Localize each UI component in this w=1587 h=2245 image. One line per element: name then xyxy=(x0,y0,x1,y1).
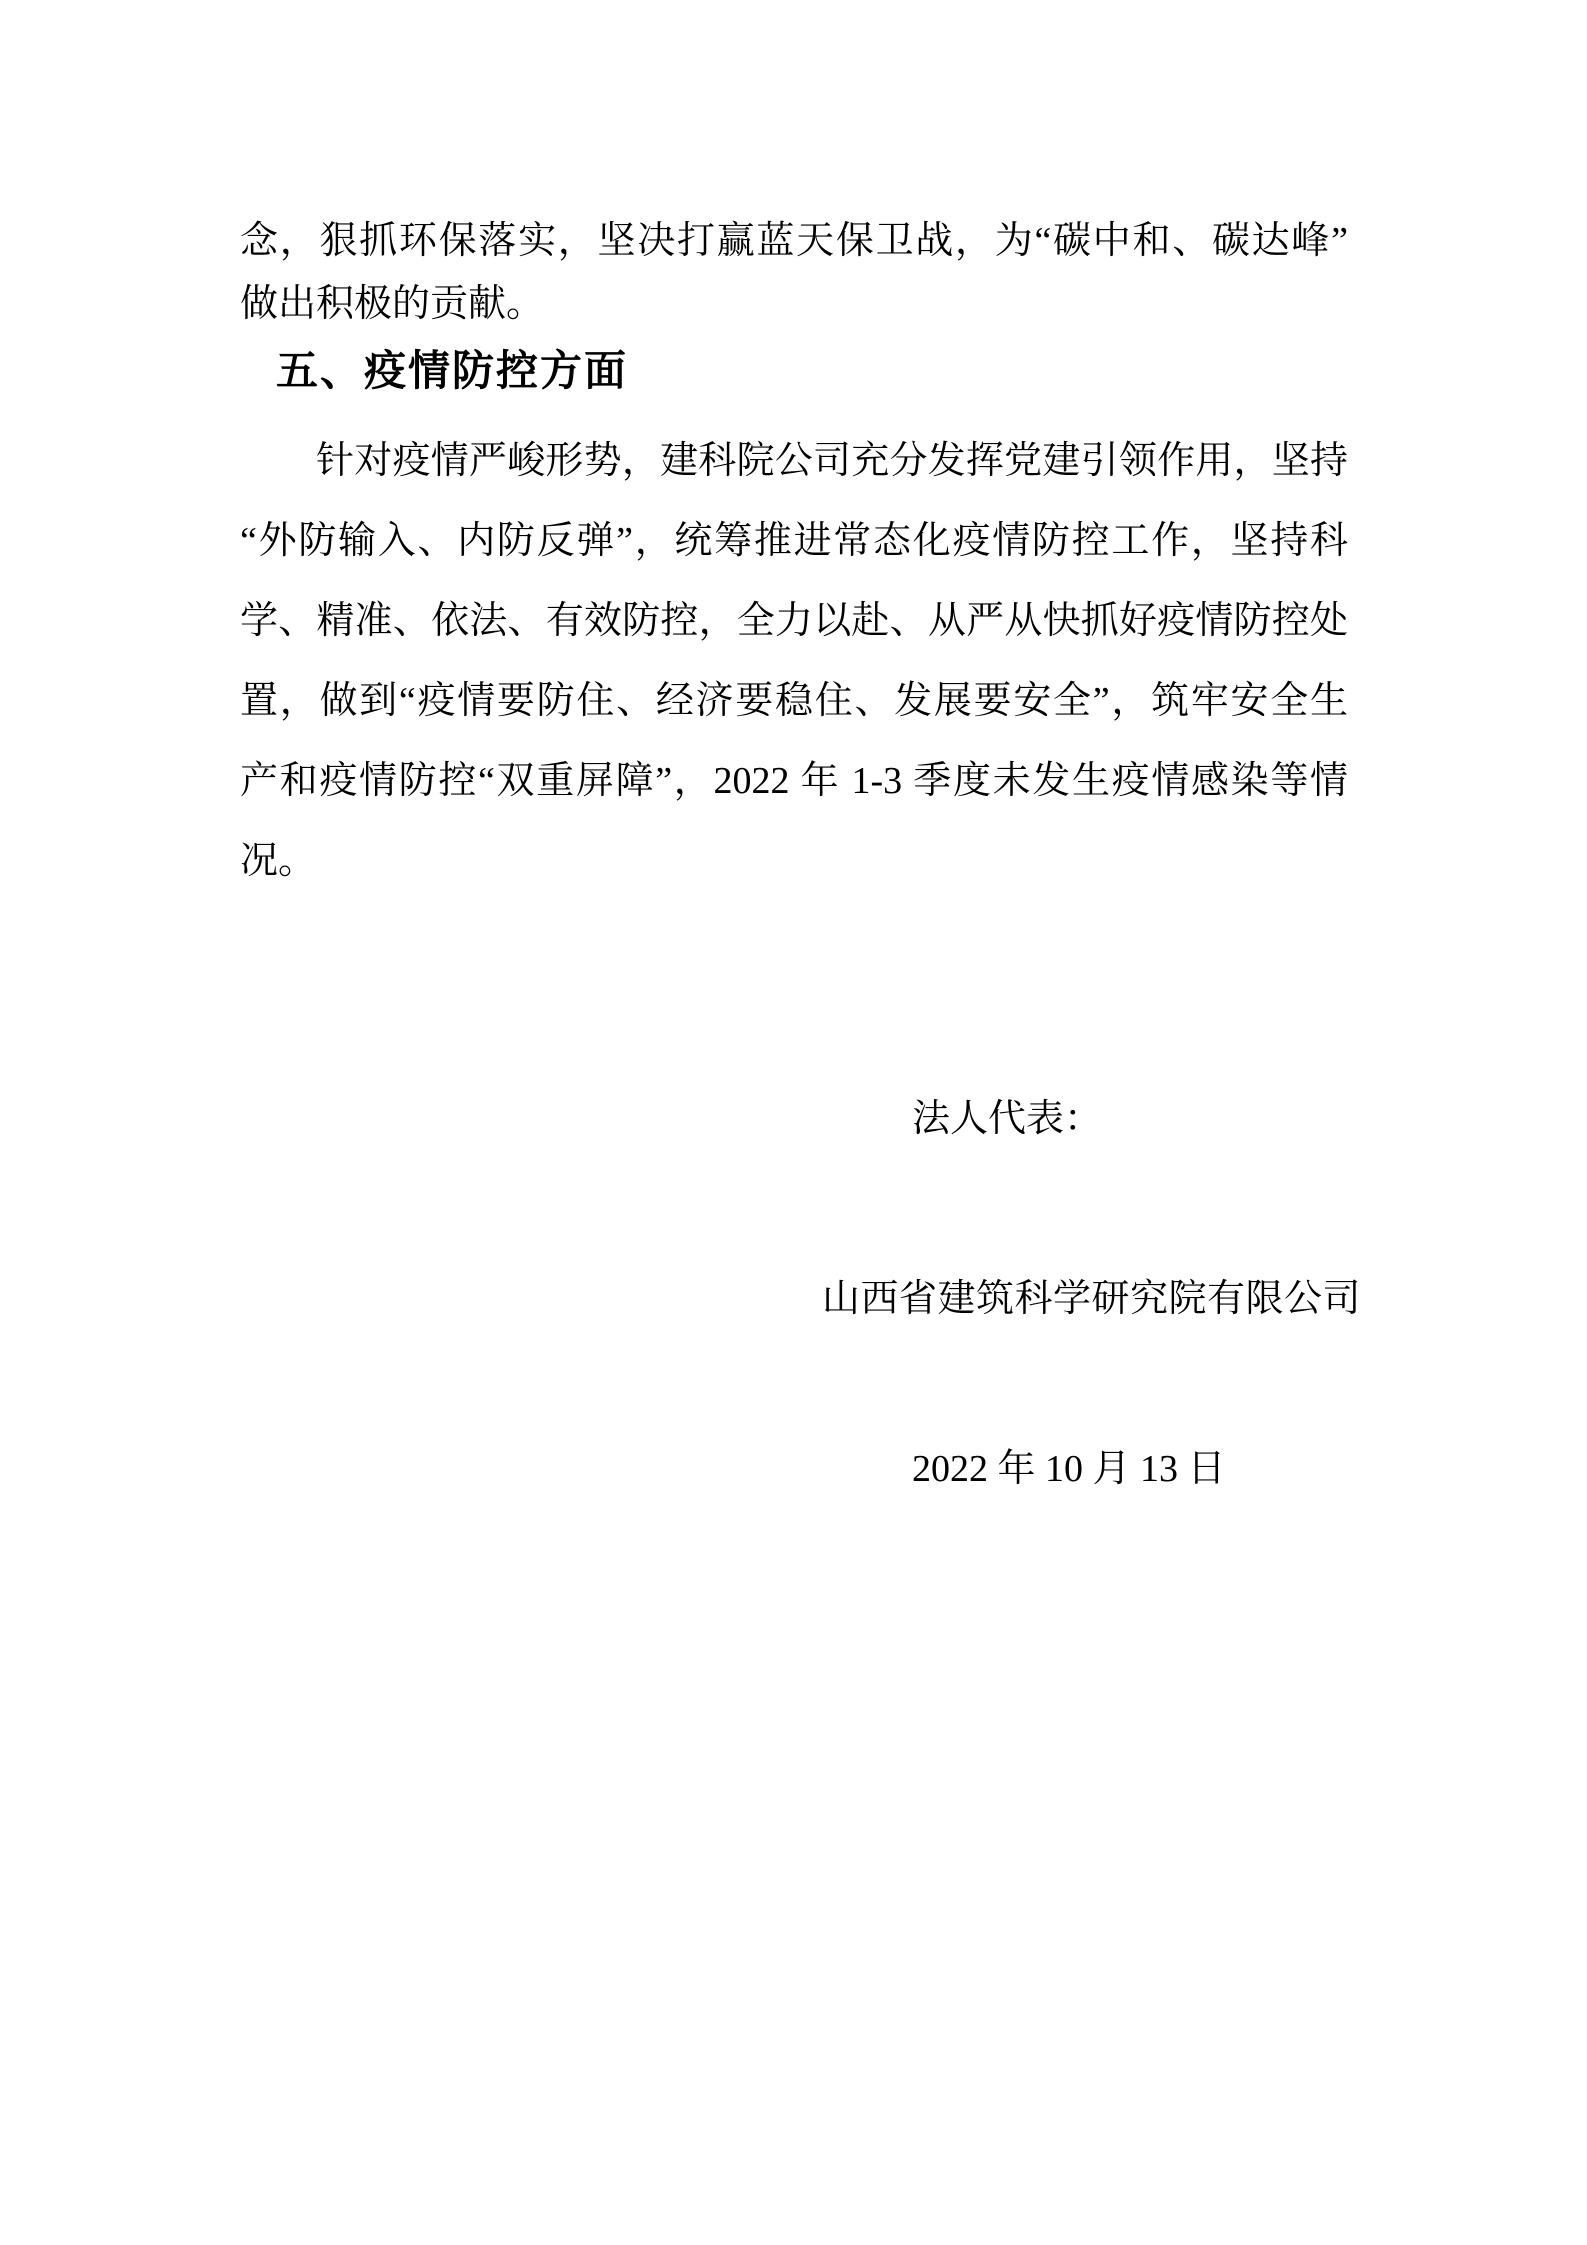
intro-paragraph-line: 做出积极的贡献。 xyxy=(240,281,1348,327)
body-paragraph-line: 学、精准、依法、有效防控，全力以赴、从严从快抓好疫情防控处 xyxy=(240,598,1348,644)
body-paragraph-line: 产和疫情防控“双重屏障”，2022 年 1-3 季度未发生疫情感染等情 xyxy=(240,758,1348,804)
section-heading: 五、疫情防控方面 xyxy=(276,346,628,396)
body-paragraph-line: 针对疫情严峻形势，建科院公司充分发挥党建引领作用，坚持 xyxy=(240,438,1348,484)
document-page: 念，狠抓环保落实，坚决打赢蓝天保卫战，为“碳中和、碳达峰” 做出积极的贡献。 五… xyxy=(0,0,1587,2245)
body-paragraph-line: “外防输入、内防反弹”，统筹推进常态化疫情防控工作，坚持科 xyxy=(240,518,1348,564)
signature-date: 2022 年 10 月 13 日 xyxy=(912,1446,1226,1492)
company-signature: 山西省建筑科学研究院有限公司 xyxy=(822,1276,1361,1322)
intro-paragraph-line: 念，狠抓环保落实，坚决打赢蓝天保卫战，为“碳中和、碳达峰” xyxy=(240,218,1348,264)
body-paragraph-line: 置，做到“疫情要防住、经济要稳住、发展要安全”，筑牢安全生 xyxy=(240,678,1348,724)
legal-representative-label: 法人代表： xyxy=(912,1096,1102,1142)
body-paragraph-line: 况。 xyxy=(240,838,1348,884)
